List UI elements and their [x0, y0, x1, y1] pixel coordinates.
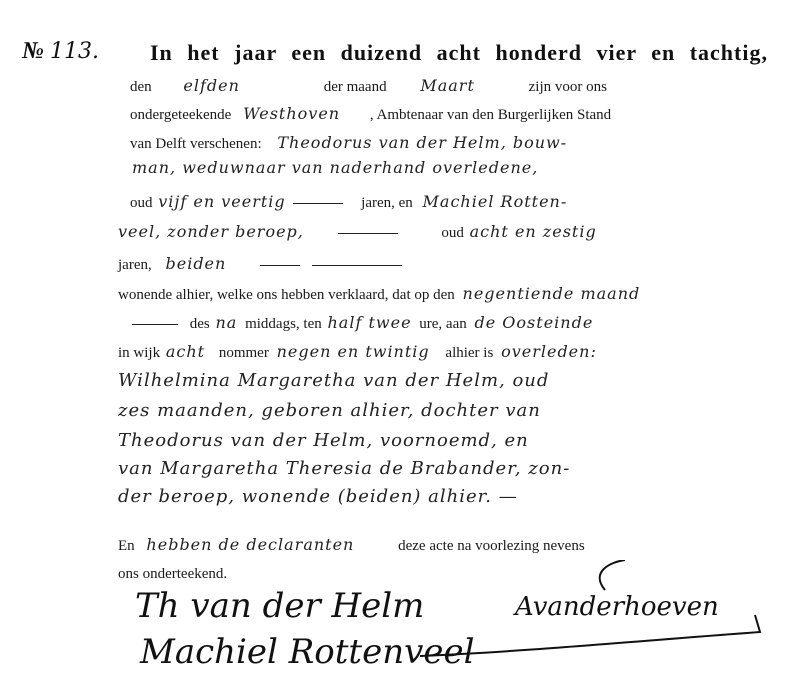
handwritten-father: Theodorus van der Helm, voornoemd, en: [118, 430, 529, 451]
filler-dash: [312, 265, 402, 266]
handwritten-official-name: Westhoven: [243, 104, 340, 123]
line-official: ondergeteekende Westhoven , Ambtenaar va…: [130, 104, 611, 124]
handwritten-text: der beroep, wonende (beiden) alhier. —: [118, 486, 518, 507]
printed-text: ondergeteekende: [130, 107, 231, 123]
handwritten-age2: acht en zestig: [470, 222, 597, 241]
line-residence: der beroep, wonende (beiden) alhier. —: [118, 486, 518, 507]
printed-text: in wijk: [118, 345, 160, 361]
printed-text: jaren,: [118, 257, 152, 273]
line-deceased: Wilhelmina Margaretha van der Helm, oud: [118, 370, 549, 391]
handwritten-declarant2: Machiel Rotten-: [423, 192, 568, 211]
handwritten-mother: van Margaretha Theresia de Brabander, zo…: [118, 458, 570, 479]
printed-text: zijn voor ons: [529, 79, 607, 95]
acte-number-value: 113.: [50, 39, 99, 64]
filler-dash: [338, 233, 398, 234]
acte-number: №113.: [22, 38, 99, 65]
handwritten-text: na: [216, 313, 238, 332]
printed-text: oud: [130, 195, 153, 211]
line-signing: En hebben de declaranten deze acte na vo…: [118, 535, 585, 555]
signature-flourish: [400, 560, 800, 680]
line-mother: van Margaretha Theresia de Brabander, zo…: [118, 458, 570, 479]
line-age-birth: zes maanden, geboren alhier, dochter van: [118, 400, 541, 421]
handwritten-date-of-death: negentiende maand: [463, 284, 641, 303]
handwritten-month: Maart: [420, 76, 475, 95]
printed-text: der maand: [324, 79, 387, 95]
line-signed: ons onderteekend.: [118, 566, 227, 583]
printed-text: deze acte na voorlezing nevens: [398, 538, 585, 554]
document-page: №113. In het jaar een duizend acht honde…: [0, 0, 800, 700]
line-date: den elfden der maand Maart zijn voor ons: [130, 76, 607, 96]
printed-text: des: [190, 316, 210, 332]
printed-text: nommer: [219, 345, 269, 361]
filler-dash: [293, 203, 343, 204]
printed-text: alhier is: [445, 345, 493, 361]
handwritten-deceased-name: Wilhelmina Margaretha van der Helm, oud: [118, 370, 549, 391]
handwritten-text: beiden: [165, 254, 226, 273]
filler-dash: [260, 265, 300, 266]
printed-text: wonende alhier, welke ons hebben verklaa…: [118, 287, 455, 303]
line-appeared: van Delft verschenen: Theodorus van der …: [130, 133, 567, 153]
handwritten-street: de Oosteinde: [475, 313, 594, 332]
line-father: Theodorus van der Helm, voornoemd, en: [118, 430, 529, 451]
line-address: in wijk acht nommer negen en twintig alh…: [118, 342, 597, 362]
line-both: jaren, beiden: [118, 254, 406, 274]
handwritten-text: veel, zonder beroep,: [118, 222, 304, 241]
printed-text: oud: [441, 225, 464, 241]
printed-text: van Delft verschenen:: [130, 136, 262, 152]
signature-declarant1: Th van der Helm: [135, 586, 424, 626]
printed-text: jaren, en: [361, 195, 413, 211]
line-declared: wonende alhier, welke ons hebben verklaa…: [118, 284, 640, 304]
handwritten-house-number: negen en twintig: [277, 342, 430, 361]
handwritten-time: half twee: [328, 313, 412, 332]
handwritten-age1: vijf en veertig: [158, 192, 285, 211]
handwritten-text: zes maanden, geboren alhier, dochter van: [118, 400, 541, 421]
printed-text: ure, aan: [419, 316, 466, 332]
handwritten-declarant1: Theodorus van der Helm, bouw-: [277, 133, 567, 152]
document-heading: In het jaar een duizend acht honderd vie…: [150, 40, 768, 66]
handwritten-text: hebben de declaranten: [146, 535, 354, 554]
filler-dash: [132, 324, 178, 325]
handwritten-text: man, weduwnaar van naderhand overledene,: [132, 158, 538, 177]
printed-text: ons onderteekend.: [118, 566, 227, 582]
printed-text: En: [118, 538, 135, 554]
printed-text: middags, ten: [245, 316, 322, 332]
line-time-place: des na middags, ten half twee ure, aan d…: [118, 313, 593, 333]
printed-text: den: [130, 79, 152, 95]
handwritten-ward: acht: [166, 342, 205, 361]
line-occupation: man, weduwnaar van naderhand overledene,: [132, 158, 538, 178]
handwritten-text: overleden:: [501, 342, 597, 361]
acte-number-label: №: [22, 38, 44, 64]
line-age1: oud vijf en veertig jaren, en Machiel Ro…: [130, 192, 567, 212]
handwritten-day: elfden: [183, 76, 240, 95]
line-age2: veel, zonder beroep, oud acht en zestig: [118, 222, 597, 242]
printed-text: , Ambtenaar van den Burgerlijken Stand: [370, 107, 611, 123]
